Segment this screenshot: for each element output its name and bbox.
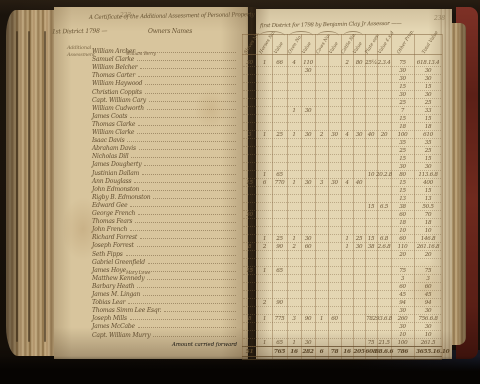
inserted-owner-name: William Berry <box>126 52 156 57</box>
owner-name: Isaac Davis <box>92 137 124 144</box>
grid-cell-value: 400 <box>416 180 440 186</box>
grid-cell-value: 146.8 <box>416 236 440 242</box>
grid-cell-value: 45 <box>391 292 415 298</box>
dotted-leader <box>130 230 236 231</box>
dotted-leader <box>128 303 236 304</box>
grid-cell-value: 30 <box>416 68 440 74</box>
assessor-header: first District for 1798 by Benjamin Clay… <box>260 21 402 29</box>
dotted-leader <box>137 60 236 61</box>
owner-name: Seth Fipps <box>92 251 123 258</box>
grid-column-line <box>442 34 443 359</box>
owner-name-row: Nicholas Dill <box>92 152 238 160</box>
owner-name-row: Samuel ClarkeWilliam Berry <box>92 55 238 63</box>
dotted-leader <box>138 76 236 77</box>
owner-name-row: Seth Fipps <box>92 250 238 258</box>
grid-cell-value: 100 <box>391 340 415 346</box>
owner-name-row: Joseph Forrest <box>92 241 238 249</box>
grid-row-dotted-line <box>243 306 441 307</box>
owner-name: Thomas Clarke <box>92 121 135 128</box>
grid-cell-value: 18 <box>391 220 415 226</box>
dotted-leader <box>138 125 236 126</box>
owner-name-row: Rigby B. Edmonston <box>92 193 238 201</box>
owner-name: Richard Forrest <box>92 234 137 241</box>
grid-row-dotted-line <box>243 114 441 115</box>
grid-row-dotted-line <box>243 330 441 331</box>
grid-horizontal-line <box>242 356 442 357</box>
owner-name-row: William Belcher <box>92 63 238 71</box>
dotted-leader <box>126 255 236 256</box>
grid-cell-value: 13 <box>391 196 415 202</box>
grid-cell-value: 75 <box>391 60 415 66</box>
grid-row-dotted-line <box>243 250 441 251</box>
owner-name: Abraham Davis <box>92 145 136 152</box>
grid-cell-value: 15 <box>416 116 440 122</box>
grid-row-dotted-line <box>243 218 441 219</box>
grid-row-dotted-line <box>243 202 441 203</box>
dotted-leader <box>131 157 236 158</box>
grid-row-dotted-line <box>243 274 441 275</box>
grid-cell-value: 10 <box>416 228 440 234</box>
grid-cell-value: 15 <box>391 188 415 194</box>
grid-cell-value: 25 <box>416 148 440 154</box>
grid-row-dotted-line <box>243 346 441 347</box>
owner-name-row: Isaac Davis <box>92 136 238 144</box>
grid-cell-value: 65 <box>268 172 292 178</box>
district-date-line: 1st District 1798 — <box>52 28 107 36</box>
dotted-leader <box>137 133 236 134</box>
owner-name: William Belcher <box>92 64 137 71</box>
grid-row-dotted-line <box>243 226 441 227</box>
grid-row-dotted-line <box>243 74 441 75</box>
dotted-leader <box>130 206 236 207</box>
dotted-leader <box>147 279 236 280</box>
owner-name: William Clarke <box>92 129 134 136</box>
grid-cell-value: 30 <box>391 308 415 314</box>
grid-cell-value: 15 <box>416 156 440 162</box>
grid-cell-value: 30 <box>296 236 320 242</box>
grid-cell-value: 80 <box>391 172 415 178</box>
grid-cell-value: 30 <box>296 68 320 74</box>
dotted-leader <box>164 311 236 312</box>
grid-row-dotted-line <box>243 290 441 291</box>
owner-name-row: Capt. William Murry <box>92 331 238 339</box>
owner-name-row: Thomas Simm Lee Esqr. <box>92 306 238 314</box>
grid-cell-value: 15 <box>416 188 440 194</box>
owner-name-row: George French <box>92 209 238 217</box>
dotted-leader <box>138 214 236 215</box>
grid-cell-value: 65 <box>268 268 292 274</box>
dotted-leader <box>140 68 236 69</box>
owner-name: Capt. William Cary <box>92 97 146 104</box>
owner-name-row: Barbary Heath <box>92 282 238 290</box>
page-edge-streak <box>28 31 30 342</box>
grid-cell-value: 15 <box>391 180 415 186</box>
inserted-owner-name: Mary Lowe <box>126 271 150 276</box>
grid-cell-value: 25 <box>391 100 415 106</box>
grid-cell-value: 75 <box>391 268 415 274</box>
owner-name-row: John Edmonston <box>92 185 238 193</box>
grid-cell-value: 30 <box>416 324 440 330</box>
grid-row-dotted-line <box>243 162 441 163</box>
grid-cell-value: 30 <box>391 164 415 170</box>
dotted-leader <box>134 182 236 183</box>
grid-cell-value: 25 <box>391 148 415 154</box>
owner-name: Joseph Mills <box>92 315 127 322</box>
owner-name: James Coats <box>92 113 127 120</box>
grid-cell-value: 10 <box>416 332 440 338</box>
grid-cell-value: 30 <box>416 76 440 82</box>
assessment-grid: Slaves No.Horses No.ValueOxen No.ValueCo… <box>242 34 444 359</box>
grid-row-dotted-line <box>243 242 441 243</box>
owner-name-row: James McCabe <box>92 322 238 330</box>
grid-cell-value: 756.6.8 <box>416 316 440 322</box>
grid-cell-value: 3 <box>391 276 415 282</box>
grid-total-value: 51 <box>238 349 262 355</box>
grid-cell-value: 610 <box>416 132 440 138</box>
grid-cell-value: 3 <box>416 276 440 282</box>
owner-name: Edward Gee <box>92 202 127 209</box>
owner-name: James Hoye <box>92 267 126 274</box>
dotted-leader <box>130 117 236 118</box>
owner-name-row: Christian Coppits <box>92 88 238 96</box>
grid-row-dotted-line <box>243 282 441 283</box>
grid-cell-value: 15 <box>416 84 440 90</box>
grid-cell-value: 33 <box>416 108 440 114</box>
owner-name: James McCabe <box>92 323 135 330</box>
grid-horizontal-line <box>242 359 442 360</box>
grid-cell-value: 113.6.8 <box>416 172 440 178</box>
owner-name: Thomas Simm Lee Esqr. <box>92 307 161 314</box>
dotted-leader <box>148 263 236 264</box>
grid-cell-value: 18 <box>416 124 440 130</box>
dotted-leader <box>147 109 236 110</box>
grid-cell-value: 100 <box>391 132 415 138</box>
owner-name: Capt. William Murry <box>92 332 150 339</box>
owner-name-row: Thomas Clarke <box>92 120 238 128</box>
grid-cell-value: 20 <box>391 252 415 258</box>
owner-name-row: Edward Gee <box>92 201 238 209</box>
owner-name-row: James M. Lingan <box>92 290 238 298</box>
grid-horizontal-line <box>242 54 442 55</box>
grid-total-value: 786 <box>391 349 415 355</box>
grid-cell-value: 60 <box>416 284 440 290</box>
grid-row-dotted-line <box>243 90 441 91</box>
grid-cell-value: 10 <box>391 332 415 338</box>
grid-cell-value: 260 <box>391 316 415 322</box>
grid-cell-value: 30 <box>296 340 320 346</box>
dotted-leader <box>145 84 236 85</box>
grid-row-dotted-line <box>243 138 441 139</box>
page-edge-streak <box>44 31 46 342</box>
owner-name-row: Richard Forrest <box>92 233 238 241</box>
grid-row-dotted-line <box>243 82 441 83</box>
grid-cell-value: 35 <box>416 140 440 146</box>
certificate-title: A Certificate of the Additional Assessme… <box>89 12 254 21</box>
owner-name: Barbary Heath <box>92 283 134 290</box>
dotted-leader <box>144 165 236 166</box>
grid-cell-value: 30 <box>296 108 320 114</box>
grid-cell-value: 18 <box>416 220 440 226</box>
margin-note-line2: Assessment <box>67 52 95 58</box>
owner-name: Nicholas Dill <box>92 153 128 160</box>
dotted-leader <box>137 287 236 288</box>
dotted-leader <box>130 319 236 320</box>
owner-name-row: Tobias Lear <box>92 298 238 306</box>
grid-cell-value: 7 <box>391 108 415 114</box>
owner-name: George French <box>92 210 135 217</box>
owner-name: Thomas Carter <box>92 72 135 79</box>
dotted-leader <box>135 222 236 223</box>
owner-name-row: William Haywood <box>92 79 238 87</box>
owner-name-row: William Clarke <box>92 128 238 136</box>
grid-cell-value: 15 <box>391 84 415 90</box>
dotted-leader <box>127 141 236 142</box>
page-edge-streak <box>16 31 18 342</box>
owner-name-row: John French <box>92 225 238 233</box>
owner-name-row: Capt. William Cary <box>92 96 238 104</box>
dotted-leader <box>139 149 236 150</box>
grid-cell-value: 110 <box>391 244 415 250</box>
owner-name-row: Joseph Mills <box>92 314 238 322</box>
grid-cell-value: 50.5 <box>416 204 440 210</box>
grid-cell-value: 60 <box>391 284 415 290</box>
right-folio-number: 238 <box>434 15 445 22</box>
owner-name: John French <box>92 226 127 233</box>
grid-row-dotted-line <box>243 170 441 171</box>
grid-cell-value: 261.16.8 <box>416 244 440 250</box>
grid-cell-value: 10 <box>391 228 415 234</box>
owner-name: Christian Coppits <box>92 89 142 96</box>
grid-cell-value: 60 <box>323 316 347 322</box>
owner-name-row: Gabriel Greenfield <box>92 258 238 266</box>
grid-cell-value: 90 <box>268 300 292 306</box>
grid-cell-value: 35 <box>391 140 415 146</box>
grid-cell-value: 30 <box>416 164 440 170</box>
grid-cell-value: 618.13.4 <box>416 60 440 66</box>
grid-cell-value: 18 <box>391 124 415 130</box>
grid-row-dotted-line <box>243 194 441 195</box>
dotted-leader <box>153 336 236 337</box>
owner-name: Joseph Forrest <box>92 242 134 249</box>
owner-name: Justinian Dallam <box>92 170 139 177</box>
dotted-leader <box>149 101 236 102</box>
owner-name-row: Matthew KennedyMary Lowe <box>92 274 238 282</box>
grid-cell-value: 45 <box>416 292 440 298</box>
grid-row-dotted-line <box>243 322 441 323</box>
owner-name: James M. Lingan <box>92 291 140 298</box>
owner-name-row: James Hoye <box>92 266 238 274</box>
owner-name-row: James Dougherty <box>92 160 238 168</box>
owner-name: Thomas Fears <box>92 218 132 225</box>
owner-name-row: James Coats <box>92 112 238 120</box>
grid-row-dotted-line <box>243 266 441 267</box>
owner-name: William Cudworth <box>92 105 144 112</box>
grid-row-dotted-line <box>243 122 441 123</box>
grid-cell-value: 20 <box>416 252 440 258</box>
margin-note-line1: Additional <box>67 45 91 51</box>
grid-cell-value: 15 <box>391 116 415 122</box>
grid-row-dotted-line <box>243 154 441 155</box>
grid-cell-value: 25 <box>416 100 440 106</box>
owner-name: Gabriel Greenfield <box>92 259 145 266</box>
owner-name-row: William Archer <box>92 47 238 55</box>
grid-total-value: 3655.16.10 <box>416 349 440 355</box>
dotted-leader <box>153 198 236 199</box>
owner-name-row: Thomas Carter <box>92 71 238 79</box>
owner-name: Ann Douglass <box>92 178 131 185</box>
grid-row-dotted-line <box>243 210 441 211</box>
grid-cell-value: 30 <box>391 324 415 330</box>
grid-row-dotted-line <box>243 186 441 187</box>
owner-name-row: Thomas Fears <box>92 217 238 225</box>
grid-cell-value: 60 <box>391 212 415 218</box>
grid-cell-value: 261.5 <box>416 340 440 346</box>
owner-name: James Dougherty <box>92 161 141 168</box>
grid-cell-value: 30 <box>238 212 262 218</box>
owners-list: William ArcherSamuel ClarkeWilliam Berry… <box>92 47 238 341</box>
grid-cell-value: 13 <box>416 196 440 202</box>
dotted-leader <box>140 238 236 239</box>
dotted-leader <box>138 327 236 328</box>
grid-row-dotted-line <box>243 98 441 99</box>
grid-cell-value: 70 <box>416 212 440 218</box>
grid-cell-value: 60 <box>296 244 320 250</box>
grid-row-dotted-line <box>243 258 441 259</box>
owner-name-row: William Cudworth <box>92 104 238 112</box>
owner-name: Tobias Lear <box>92 299 125 306</box>
owner-name: Matthew Kennedy <box>92 275 144 282</box>
grid-row-dotted-line <box>243 178 441 179</box>
amount-carried-forward: Amount carried forward <box>172 342 237 348</box>
grid-cell-value: 94 <box>416 300 440 306</box>
dotted-leader <box>137 246 236 247</box>
grid-cell-value: 30 <box>391 92 415 98</box>
grid-row-dotted-line <box>243 106 441 107</box>
grid-cell-value: 110 <box>296 60 320 66</box>
grid-cell-value: 60 <box>391 236 415 242</box>
owners-names-heading: Owners Names <box>148 28 192 35</box>
grid-row-dotted-line <box>243 234 441 235</box>
grid-row-dotted-line <box>243 130 441 131</box>
grid-row-dotted-line <box>243 338 441 339</box>
owner-name-row: Justinian Dallam <box>92 169 238 177</box>
owner-name-row: Ann Douglass <box>92 177 238 185</box>
grid-cell-value: 30 <box>391 68 415 74</box>
grid-row-dotted-line <box>243 146 441 147</box>
owner-name: John Edmonston <box>92 186 139 193</box>
grid-cell-value: 30 <box>416 308 440 314</box>
owner-name: Samuel Clarke <box>92 56 134 63</box>
left-ledger-page: 233 A Certificate of the Additional Asse… <box>54 7 248 359</box>
dotted-leader <box>142 190 236 191</box>
dotted-leader <box>143 295 236 296</box>
owner-name: Rigby B. Edmonston <box>92 194 150 201</box>
grid-cell-value: 30 <box>391 76 415 82</box>
ledger-book-photo: 233 A Certificate of the Additional Asse… <box>0 0 480 384</box>
grid-cell-value: 75 <box>416 268 440 274</box>
dotted-leader <box>142 174 236 175</box>
grid-row-dotted-line <box>243 66 441 67</box>
grid-cell-value: 40 <box>347 180 371 186</box>
grid-cell-value: 15 <box>391 156 415 162</box>
grid-row-dotted-line <box>243 314 441 315</box>
dotted-leader <box>145 93 236 94</box>
open-ledger-book: 233 A Certificate of the Additional Asse… <box>6 7 472 359</box>
grid-cell-value: 94 <box>391 300 415 306</box>
grid-cell-value: 30 <box>416 92 440 98</box>
owner-name-row: Abraham Davis <box>92 144 238 152</box>
grid-cell-value: 38 <box>391 204 415 210</box>
owner-name: William Haywood <box>92 80 142 87</box>
grid-row-dotted-line <box>243 298 441 299</box>
